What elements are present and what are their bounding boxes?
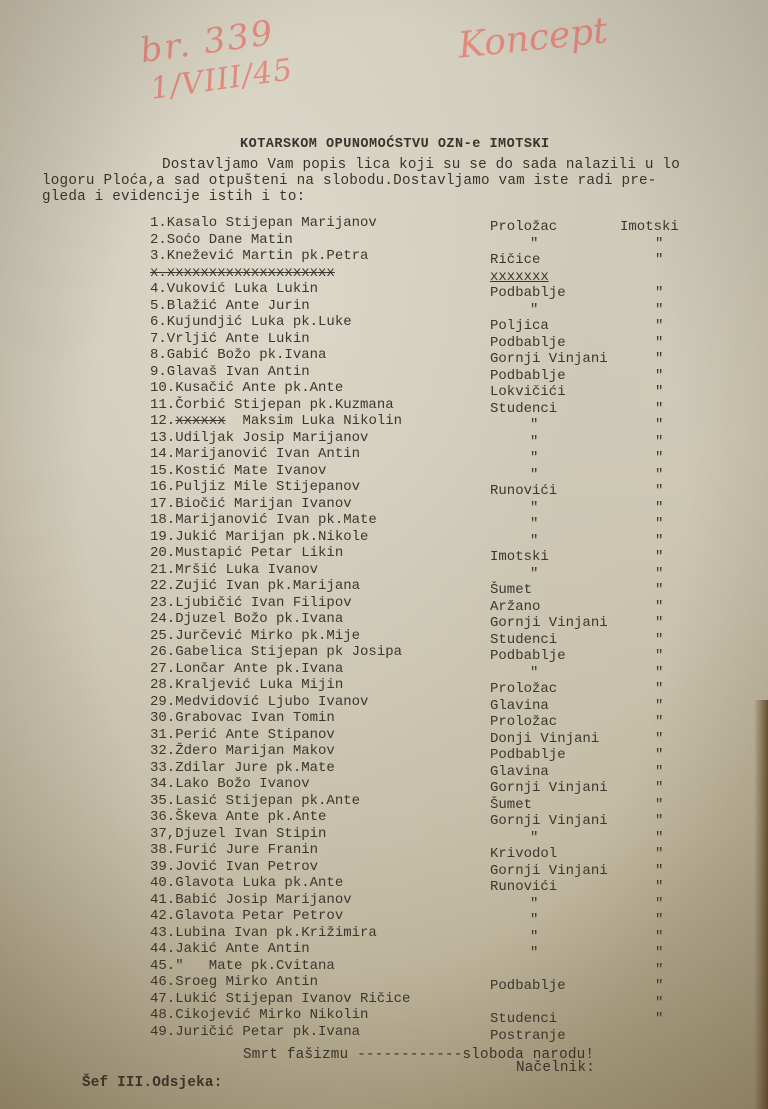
list-item: 46.Sroeg Mirko AntinPodbablje" bbox=[150, 974, 710, 991]
list-item: 28.Kraljević Luka MijinProložac" bbox=[150, 677, 710, 694]
person-name: 33.Zdilar Jure pk.Mate bbox=[150, 760, 335, 776]
person-name: 25.Jurčević Mirko pk.Mije bbox=[150, 628, 360, 644]
list-item: 13.Udiljak Josip Marijanov"" bbox=[150, 430, 710, 447]
person-name: 8.Gabić Božo pk.Ivana bbox=[150, 347, 326, 363]
list-item: 26.Gabelica Stijepan pk JosipaPodbablje" bbox=[150, 644, 710, 661]
person-name: 11.Čorbić Stijepan pk.Kuzmana bbox=[150, 397, 394, 413]
list-item: 30.Grabovac Ivan TominProložac" bbox=[150, 710, 710, 727]
list-item: 3.Knežević Martin pk.PetraRičice" bbox=[150, 248, 710, 265]
person-name: 24.Djuzel Božo pk.Ivana bbox=[150, 611, 343, 627]
list-item: 10.Kusačić Ante pk.AnteLokvičići" bbox=[150, 380, 710, 397]
person-name: 15.Kostić Mate Ivanov bbox=[150, 463, 326, 479]
list-item: 9.Glavaš Ivan AntinPodbablje" bbox=[150, 364, 710, 381]
person-name: 26.Gabelica Stijepan pk Josipa bbox=[150, 644, 402, 660]
person-name: 17.Biočić Marijan Ivanov bbox=[150, 496, 352, 512]
document-page: br. 339 1/VIII/45 Koncept KOTARSKOM OPUN… bbox=[0, 0, 768, 1109]
list-item: 35.Lasić Stijepan pk.AnteŠumet" bbox=[150, 793, 710, 810]
person-village: Postranje bbox=[490, 1028, 566, 1044]
list-item: 5.Blažić Ante Jurin"" bbox=[150, 298, 710, 315]
list-item: 18.Marijanović Ivan pk.Mate"" bbox=[150, 512, 710, 529]
list-item: 37,Djuzel Ivan Stipin"" bbox=[150, 826, 710, 843]
list-item: 27.Lončar Ante pk.Ivana"" bbox=[150, 661, 710, 678]
released-persons-list: 1.Kasalo Stijepan MarijanovProložacImots… bbox=[150, 215, 710, 1040]
list-item: 31.Perić Ante StipanovDonji Vinjani" bbox=[150, 727, 710, 744]
person-name: 1.Kasalo Stijepan Marijanov bbox=[150, 215, 377, 231]
person-name: 40.Glavota Luka pk.Ante bbox=[150, 875, 343, 891]
list-item: 32.Ždero Marijan MakovPodbablje" bbox=[150, 743, 710, 760]
person-name: 29.Medvidović Ljubo Ivanov bbox=[150, 694, 368, 710]
person-name: 28.Kraljević Luka Mijin bbox=[150, 677, 343, 693]
list-item: 11.Čorbić Stijepan pk.KuzmanaStudenci" bbox=[150, 397, 710, 414]
list-item: 25.Jurčević Mirko pk.MijeStudenci" bbox=[150, 628, 710, 645]
person-name: 3.Knežević Martin pk.Petra bbox=[150, 248, 368, 264]
person-name: 16.Puljiz Mile Stijepanov bbox=[150, 479, 360, 495]
list-item: 7.Vrljić Ante LukinPodbablje" bbox=[150, 331, 710, 348]
person-name: 35.Lasić Stijepan pk.Ante bbox=[150, 793, 360, 809]
person-name: 10.Kusačić Ante pk.Ante bbox=[150, 380, 343, 396]
person-name: 49.Juričić Petar pk.Ivana bbox=[150, 1024, 360, 1040]
person-name: 23.Ljubičić Ivan Filipov bbox=[150, 595, 352, 611]
list-item: 47.Lukić Stijepan Ivanov Ričice" bbox=[150, 991, 710, 1008]
document-heading: KOTARSKOM OPUNOMOĆSTVU OZN-e IMOTSKI bbox=[240, 137, 550, 152]
page-edge-shadow bbox=[754, 700, 768, 1109]
intro-line-3: gleda i evidencije istih i to: bbox=[42, 189, 305, 205]
list-item: 19.Jukić Marijan pk.Nikole"" bbox=[150, 529, 710, 546]
list-item: 41.Babić Josip Marijanov"" bbox=[150, 892, 710, 909]
person-name: 45." Mate pk.Cvitana bbox=[150, 958, 335, 974]
person-name: 46.Sroeg Mirko Antin bbox=[150, 974, 318, 990]
person-name: x.xxxxxxxxxxxxxxxxxxxx bbox=[150, 265, 335, 281]
person-name: 18.Marijanović Ivan pk.Mate bbox=[150, 512, 377, 528]
person-name: 38.Furić Jure Franin bbox=[150, 842, 318, 858]
list-item: 29.Medvidović Ljubo IvanovGlavina" bbox=[150, 694, 710, 711]
list-item: 16.Puljiz Mile StijepanovRunovići" bbox=[150, 479, 710, 496]
list-item: 38.Furić Jure FraninKrivodol" bbox=[150, 842, 710, 859]
person-name: 27.Lončar Ante pk.Ivana bbox=[150, 661, 343, 677]
list-item: 2.Soćo Dane Matin"" bbox=[150, 232, 710, 249]
person-name: 5.Blažić Ante Jurin bbox=[150, 298, 310, 314]
person-name: 43.Lubina Ivan pk.Križimira bbox=[150, 925, 377, 941]
list-item: 1.Kasalo Stijepan MarijanovProložacImots… bbox=[150, 215, 710, 232]
list-item: 17.Biočić Marijan Ivanov"" bbox=[150, 496, 710, 513]
person-name: 20.Mustapić Petar Likin bbox=[150, 545, 343, 561]
person-name: 31.Perić Ante Stipanov bbox=[150, 727, 335, 743]
person-name: 7.Vrljić Ante Lukin bbox=[150, 331, 310, 347]
section-chief-label: Šef III.Odsjeka: bbox=[82, 1075, 222, 1091]
signer-label: Načelnik: bbox=[516, 1060, 595, 1076]
list-item: 48.Cikojević Mirko NikolinStudenci" bbox=[150, 1007, 710, 1024]
person-name: 36.Škeva Ante pk.Ante bbox=[150, 809, 326, 825]
person-name: 32.Ždero Marijan Makov bbox=[150, 743, 335, 759]
intro-line-1: Dostavljamo Vam popis lica koji su se do… bbox=[162, 157, 680, 173]
person-name: 21.Mršić Luka Ivanov bbox=[150, 562, 318, 578]
list-item: 22.Zujić Ivan pk.MarijanaŠumet" bbox=[150, 578, 710, 595]
person-name: 44.Jakić Ante Antin bbox=[150, 941, 310, 957]
person-name: 9.Glavaš Ivan Antin bbox=[150, 364, 310, 380]
list-item: 42.Glavota Petar Petrov"" bbox=[150, 908, 710, 925]
person-name: 30.Grabovac Ivan Tomin bbox=[150, 710, 335, 726]
person-name: 2.Soćo Dane Matin bbox=[150, 232, 293, 248]
person-name: 12.xxxxxx Maksim Luka Nikolin bbox=[150, 413, 402, 429]
person-name: 19.Jukić Marijan pk.Nikole bbox=[150, 529, 368, 545]
list-item: 4.Vuković Luka LukinPodbablje" bbox=[150, 281, 710, 298]
list-item: 20.Mustapić Petar LikinImotski" bbox=[150, 545, 710, 562]
list-item: 6.Kujundjić Luka pk.LukePoljica" bbox=[150, 314, 710, 331]
list-item: x.xxxxxxxxxxxxxxxxxxxxxxxxxxx bbox=[150, 265, 710, 282]
person-name: 22.Zujić Ivan pk.Marijana bbox=[150, 578, 360, 594]
list-item: 44.Jakić Ante Antin"" bbox=[150, 941, 710, 958]
list-item: 49.Juričić Petar pk.IvanaPostranje bbox=[150, 1024, 710, 1041]
person-name: 39.Jović Ivan Petrov bbox=[150, 859, 318, 875]
list-item: 15.Kostić Mate Ivanov"" bbox=[150, 463, 710, 480]
list-item: 40.Glavota Luka pk.AnteRunovići" bbox=[150, 875, 710, 892]
list-item: 36.Škeva Ante pk.AnteGornji Vinjani" bbox=[150, 809, 710, 826]
list-item: 24.Djuzel Božo pk.IvanaGornji Vinjani" bbox=[150, 611, 710, 628]
person-name: 41.Babić Josip Marijanov bbox=[150, 892, 352, 908]
person-name: 13.Udiljak Josip Marijanov bbox=[150, 430, 368, 446]
list-item: 23.Ljubičić Ivan FilipovAržano" bbox=[150, 595, 710, 612]
list-item: 43.Lubina Ivan pk.Križimira"" bbox=[150, 925, 710, 942]
list-item: 21.Mršić Luka Ivanov"" bbox=[150, 562, 710, 579]
person-name: 34.Lako Božo Ivanov bbox=[150, 776, 310, 792]
list-item: 14.Marijanović Ivan Antin"" bbox=[150, 446, 710, 463]
person-name: 48.Cikojević Mirko Nikolin bbox=[150, 1007, 368, 1023]
person-name: 37,Djuzel Ivan Stipin bbox=[150, 826, 326, 842]
list-item: 33.Zdilar Jure pk.MateGlavina" bbox=[150, 760, 710, 777]
person-name: 14.Marijanović Ivan Antin bbox=[150, 446, 360, 462]
handwritten-koncept-label: Koncept bbox=[456, 10, 609, 66]
list-item: 45." Mate pk.Cvitana" bbox=[150, 958, 710, 975]
list-item: 34.Lako Božo IvanovGornji Vinjani" bbox=[150, 776, 710, 793]
person-name: 6.Kujundjić Luka pk.Luke bbox=[150, 314, 352, 330]
list-item: 8.Gabić Božo pk.IvanaGornji Vinjani" bbox=[150, 347, 710, 364]
person-name: 42.Glavota Petar Petrov bbox=[150, 908, 343, 924]
list-item: 12.xxxxxx Maksim Luka Nikolin"" bbox=[150, 413, 710, 430]
intro-line-2: logoru Ploća,a sad otpušteni na slobodu.… bbox=[42, 173, 657, 189]
person-name: 47.Lukić Stijepan Ivanov Ričice bbox=[150, 991, 410, 1007]
person-name: 4.Vuković Luka Lukin bbox=[150, 281, 318, 297]
list-item: 39.Jović Ivan PetrovGornji Vinjani" bbox=[150, 859, 710, 876]
